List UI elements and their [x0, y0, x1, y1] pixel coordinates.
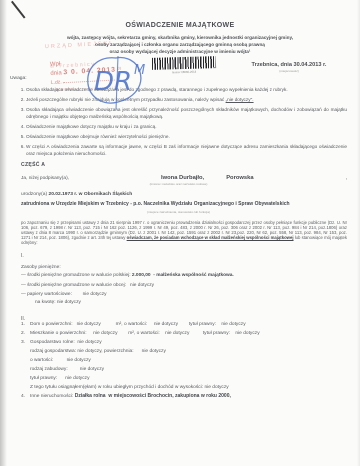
uwaga-list: Osoba składająca oświadczenie obowiązana…: [10, 86, 347, 157]
farm-income-row: Z tego tytułu osiągnąłem(ęłam) w roku ub…: [30, 385, 347, 390]
declarant-intro: Ja, niżej podpisany(a),: [21, 176, 69, 181]
document-body: Uwaga: Osoba składająca oświadczenie obo…: [10, 74, 347, 404]
securities-amount-row: na kwotę: nie dotyczy: [35, 300, 347, 305]
birth-line: urodzony(a) 20.02.1973 r. w Obornikach Ś…: [21, 192, 347, 197]
section-1-heading: Zasoby pieniężne:: [21, 265, 347, 270]
scan-artifact-line: [11, 1, 25, 19]
apartment-row: 2.Mieszkanie o powierzchni: nie dotyczy …: [21, 331, 347, 336]
handwritten-pen-annotation: DR M: [78, 52, 164, 114]
other-property-value: Działka rolna w miejscowości Brochocin, …: [75, 393, 231, 399]
subtitle-line-1: wójta, zastępcy wójta, sekretarza gminy,…: [14, 34, 346, 41]
subtitle-line-2: osoby zarządzającej i członka organu zar…: [14, 41, 346, 48]
farm-value-row: o wartości: nie dotyczy: [30, 358, 347, 363]
section-1-number: I.: [21, 253, 347, 259]
document-title: OŚWIADCZENIE MAJĄTKOWE: [0, 22, 360, 29]
securities-row: — papiery wartościowe: nie dotyczy: [21, 293, 347, 298]
cash-pln-value: 2.000,00 - małżeńska wspólność majątkowa…: [132, 273, 234, 278]
birth-value: 20.02.1973 r. w Obornikach Śląskich: [48, 192, 132, 197]
uwaga-label: Uwaga:: [10, 76, 347, 81]
cash-foreign-row: — środki pieniężne gromadzone w walucie …: [21, 284, 347, 289]
declarant-name-row: Ja, niżej podpisany(a), Iwona Durbajło,P…: [21, 175, 347, 181]
part-a-heading: CZĘŚĆ A: [21, 162, 347, 168]
name-caption: (imiona i nazwisko oraz nazwisko rodowe): [10, 182, 347, 186]
declarant-name: Iwona Durbajło,Porowska: [69, 175, 346, 181]
uwaga-item-3: Osoba składająca oświadczenie obowiązana…: [26, 106, 347, 120]
farm-title-row: tytuł prawny: nie dotyczy: [30, 376, 347, 381]
uwaga-item-4: Oświadczenie majątkowe dotyczy majątku w…: [26, 123, 347, 130]
farm-type-row: rodzaj gospodarstwa: nie dotyczy, powier…: [30, 349, 347, 354]
legal-declaration-paragraph: po zapoznaniu się z przepisami ustawy z …: [21, 220, 347, 245]
subtitle-line-3: oraz osoby wydającej decyzje administrac…: [14, 48, 346, 55]
cash-pln-row: — środki pieniężne gromadzone w walucie …: [21, 274, 347, 279]
uwaga-item-1: Osoba składająca oświadczenie obowiązana…: [26, 86, 347, 93]
farm-buildings-row: rodzaj zabudowy: nie dotyczy: [30, 367, 347, 372]
scanned-asset-declaration-page: OŚWIADCZENIE MAJĄTKOWE wójta, zastępcy w…: [0, 0, 360, 466]
place-and-date: Trzebnica, dnia 30.04.2013 r. (miejscowo…: [230, 62, 348, 73]
form-comma: ,: [346, 175, 347, 181]
uwaga-item-6: W części A oświadczenia zawarte są infor…: [26, 143, 347, 157]
pen-letter-m: M: [134, 63, 145, 78]
legal-bold-underline: oświadczam, że posiadam wchodzące w skła…: [127, 235, 294, 240]
employment-line: zatrudniona w Urzędzie Miejskim w Trzebn…: [21, 201, 347, 209]
document-subtitle: wójta, zastępcy wójta, sekretarza gminy,…: [14, 34, 346, 55]
pen-initials: DR: [94, 67, 132, 97]
employment-caption: (miejsce zatrudnienia, stanowisko lub fu…: [10, 210, 347, 214]
place-date-text: Trzebnica, dnia 30.04.2013 r.: [230, 62, 348, 68]
house-row: 1.Dom o powierzchni: nie dotyczy m², o w…: [21, 322, 347, 327]
uwaga-item-5: Oświadczenie majątkowe obejmuje również …: [26, 133, 347, 140]
other-property-row: 4.Inne nieruchomości: Działka rolna w mi…: [21, 394, 347, 399]
stamp-wpl-label: Wpł.: [50, 61, 62, 68]
farm-row: 3.Gospodarstwo rolne: nie dotyczy: [21, 340, 347, 345]
place-caption: (miejscowość): [230, 69, 348, 73]
uwaga-item-2: Jeżeli poszczególne rubryki nie znajdują…: [26, 96, 347, 103]
